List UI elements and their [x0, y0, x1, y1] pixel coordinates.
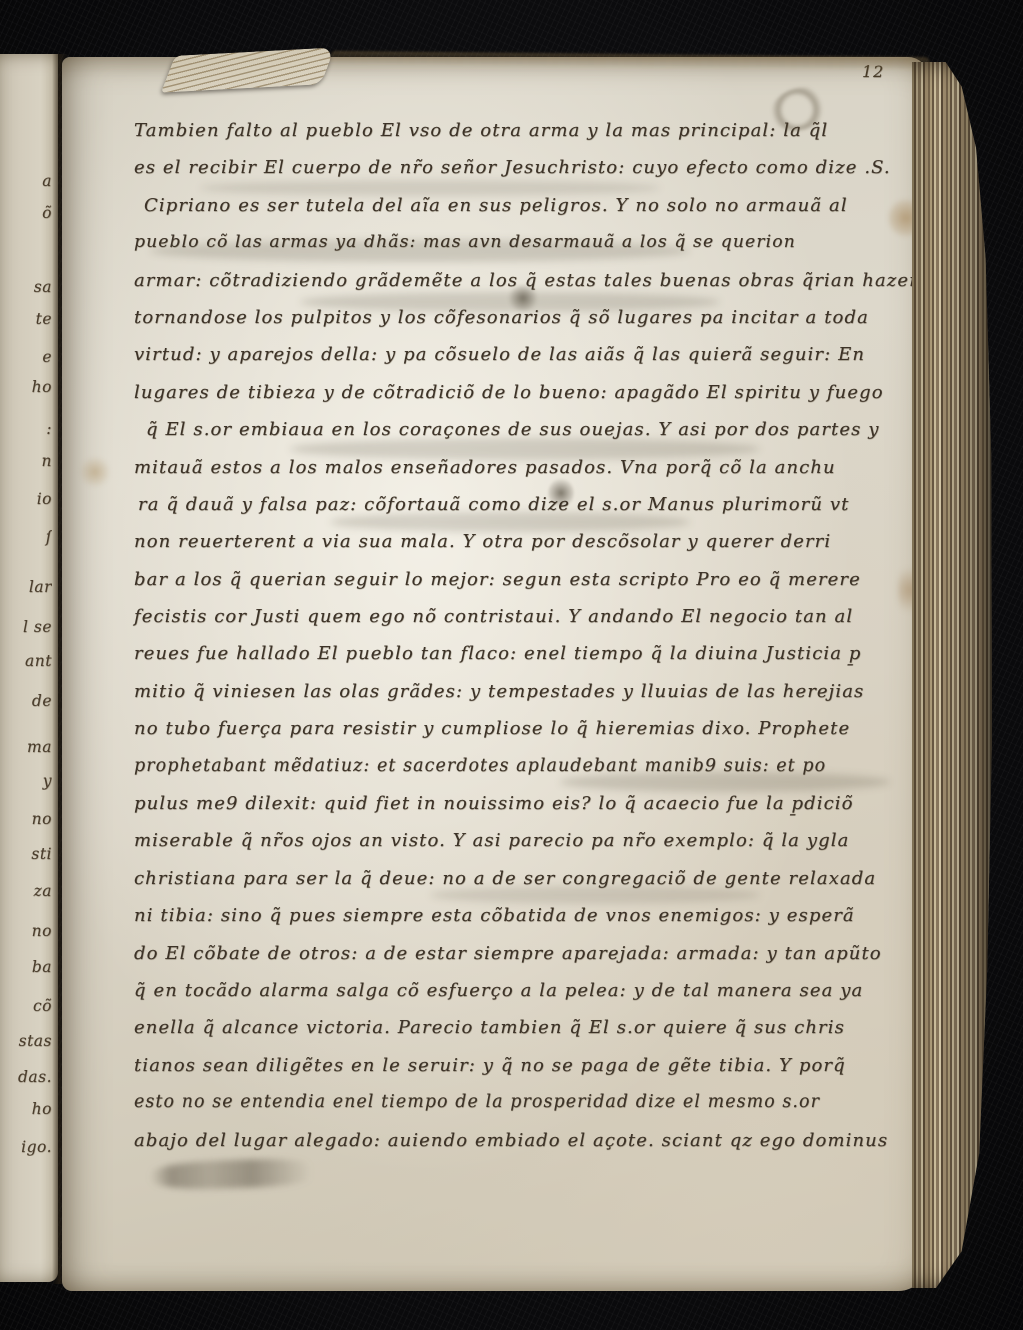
manuscript-line: no tubo fuerça para resistir y cumpliose…: [134, 710, 902, 747]
margin-fragment: ma: [2, 738, 52, 756]
margin-fragment: e: [2, 348, 52, 366]
margin-fragment: a: [2, 172, 52, 190]
margin-fragment: no: [2, 810, 52, 828]
facing-page-sliver: a õ sa te e ho : n io ſ lar l se ant de …: [0, 54, 58, 1282]
margin-fragment: stas: [2, 1032, 52, 1050]
margin-fragment: cõ: [2, 997, 52, 1015]
manuscript-line: bar a los q̃ querian seguir lo mejor: se…: [134, 561, 902, 598]
margin-fragment: sti: [2, 845, 52, 863]
manuscript-line: virtud: y aparejos della: y pa cõsuelo …: [134, 336, 902, 373]
margin-fragment: ba: [2, 958, 52, 976]
margin-fragment: ſ: [2, 528, 52, 546]
margin-fragment: ho: [2, 378, 52, 396]
margin-fragment: õ: [2, 204, 52, 222]
brown-stain: [80, 455, 110, 489]
margin-fragment: ant: [2, 652, 52, 670]
manuscript-line: do El cõbate de otros: a de estar siemp…: [134, 935, 902, 972]
ink-showthrough-smear: [560, 772, 890, 792]
ink-blot: [506, 285, 540, 311]
margin-fragment: n: [2, 452, 52, 470]
manuscript-line: miserable q̃ nr̃os ojos an visto. Y asi …: [134, 822, 902, 859]
margin-fragment: no: [2, 922, 52, 940]
manuscript-line: reues fue hallado El pueblo tan flaco: e…: [134, 635, 902, 672]
margin-fragment: y: [2, 772, 52, 790]
manuscript-line: fecistis cor Justi quem ego nõ contrist…: [134, 598, 902, 635]
manuscript-text: Tambien falto al pueblo El vso de otra a…: [134, 112, 902, 1159]
manuscript-line: tianos sean diligẽtes en le seruir: y q…: [134, 1047, 902, 1084]
margin-fragment: l se: [2, 618, 52, 636]
margin-fragment: te: [2, 310, 52, 328]
fore-edge-shadow: [912, 62, 992, 1288]
manuscript-line: q̃ en tocãdo alarma salga cõ esfuerço …: [134, 972, 902, 1009]
manuscript-line: enella q̃ alcance victoria. Parecio tamb…: [134, 1009, 902, 1046]
manuscript-line: mitio q̃ viniesen las olas grãdes: y te…: [134, 673, 902, 710]
margin-fragment: za: [2, 882, 52, 900]
margin-fragment: das.: [2, 1068, 52, 1086]
manuscript-line: lugares de tibieza y de cõtradiciõ de …: [134, 374, 902, 411]
margin-fragment: de: [2, 692, 52, 710]
margin-fragment: sa: [2, 278, 52, 296]
ink-blot: [548, 478, 574, 508]
ink-showthrough-smear: [150, 240, 690, 262]
ink-showthrough-smear: [200, 180, 660, 196]
ink-showthrough-smear: [330, 512, 690, 532]
margin-fragment: igo.: [2, 1138, 52, 1156]
ink-showthrough-smear: [430, 886, 760, 904]
manuscript-line: abajo del lugar alegado: auiendo embiado…: [134, 1122, 902, 1159]
margin-fragment: lar: [2, 578, 52, 596]
manuscript-line: esto no se entendia enel tiempo de la pr…: [134, 1084, 902, 1121]
margin-fragment: io: [2, 490, 52, 508]
margin-fragment: :: [2, 420, 52, 438]
margin-fragment: ho: [2, 1100, 52, 1118]
ink-showthrough-smear: [290, 438, 760, 460]
